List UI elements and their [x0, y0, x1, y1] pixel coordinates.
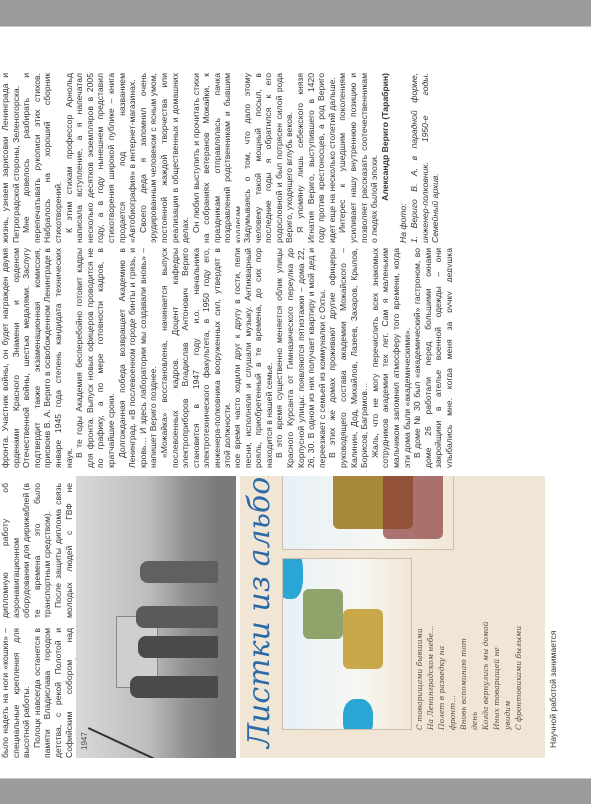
person-figure: [140, 561, 218, 583]
article-column-1: было надеть на ноги «кошки» – специальны…: [0, 628, 75, 758]
paragraph: В доме № 30 был «академический» гастроно…: [412, 248, 452, 468]
painting-officer-in-armchair: [282, 476, 454, 550]
article-column-3: Научной работой занимается: [548, 476, 591, 758]
paragraph: Интерес к ушедшим поколениям усиливает н…: [337, 73, 379, 243]
bw-photo-tactical-exercises: 1947: [76, 476, 236, 758]
paragraph: В этих же домах проживают другие офицеры…: [327, 248, 369, 468]
paragraph: К этим стихам профессор Арнольд написала…: [64, 73, 138, 243]
paragraph: Жаль, что не могу перечислить всех знако…: [370, 248, 412, 468]
viewer-top-bar: [0, 0, 591, 27]
paragraph: фронта. Участник войны, он будет награжд…: [0, 248, 74, 468]
author-signature: Александр Веригo (Тарабрин): [380, 73, 391, 243]
article-column-5b: Задумываясь о том, что дало этому челове…: [242, 73, 442, 243]
newspaper-page: было надеть на ноги «кошки» – специальны…: [0, 27, 591, 778]
person-figure: [138, 636, 218, 658]
paragraph: Он любил выступить и прочитать стихи на …: [191, 73, 240, 243]
paragraph: Своего деда я запомнил очень эрудированн…: [138, 73, 191, 243]
article-column-3-top: фронта. Участник войны, он будет награжд…: [0, 248, 230, 468]
photo-inscription: 1947: [80, 732, 89, 750]
paragraph: ное время часто ходили друг к другу в го…: [232, 248, 274, 468]
paragraph: «Можайка» восстановлена, начинается выпу…: [159, 248, 230, 468]
painting-pilot-over-city: [282, 558, 412, 730]
paragraph: Долгожданная победа возвращает Академию …: [117, 248, 159, 468]
document-viewport[interactable]: было надеть на ноги «кошки» – специальны…: [0, 27, 591, 778]
paragraph: В те годы Академия бесперебойно готовит …: [74, 248, 116, 468]
article-column-5: жизнь, узнаем зарисовки Ленинграда и Пет…: [0, 73, 240, 243]
photo-captions: На фото: 1. Веригo В. А. в парадной форм…: [398, 73, 442, 243]
album-spread-illustration: Листки из альбома наше… С товарищами быв…: [240, 476, 545, 758]
album-title: Листки из альбома наше…: [242, 476, 277, 748]
handwritten-poem-left: С товарищами бывшими На Ленинградском не…: [414, 620, 539, 730]
person-figure: [136, 606, 218, 628]
paragraph: было надеть на ноги «кошки» – специальны…: [0, 628, 32, 758]
paragraph: В это время существенно меняется облик у…: [274, 248, 327, 468]
person-figure: [130, 676, 218, 698]
pilot-figure: [303, 589, 343, 639]
paragraph: Научной работой занимается: [548, 476, 559, 758]
viewer-bottom-bar: [0, 778, 591, 804]
paragraph: дипломную работу об аэронавигационном об…: [0, 483, 53, 618]
paragraph: Мне довелось разбирать и перепечатывать …: [21, 73, 63, 243]
article-column-4: ное время часто ходили друг к другу в го…: [232, 248, 452, 468]
paragraph: жизнь, узнаем зарисовки Ленинграда и Пет…: [0, 73, 21, 243]
paragraph: Задумываясь о том, что дало этому челове…: [242, 73, 295, 243]
caption-item: 2. Валентина Александровна Плотникова-Ве…: [441, 73, 442, 243]
caption-heading: На фото:: [398, 73, 409, 243]
armchair: [383, 476, 443, 539]
paragraph: Я упомяну лишь себежского князя Игнатия …: [295, 73, 337, 243]
city-spire: [343, 609, 383, 669]
article-column-2: дипломную работу об аэронавигационном об…: [0, 483, 75, 618]
caption-item: 1. Веригo В. А. в парадной форме, инжене…: [409, 73, 441, 243]
tree: [88, 727, 170, 758]
